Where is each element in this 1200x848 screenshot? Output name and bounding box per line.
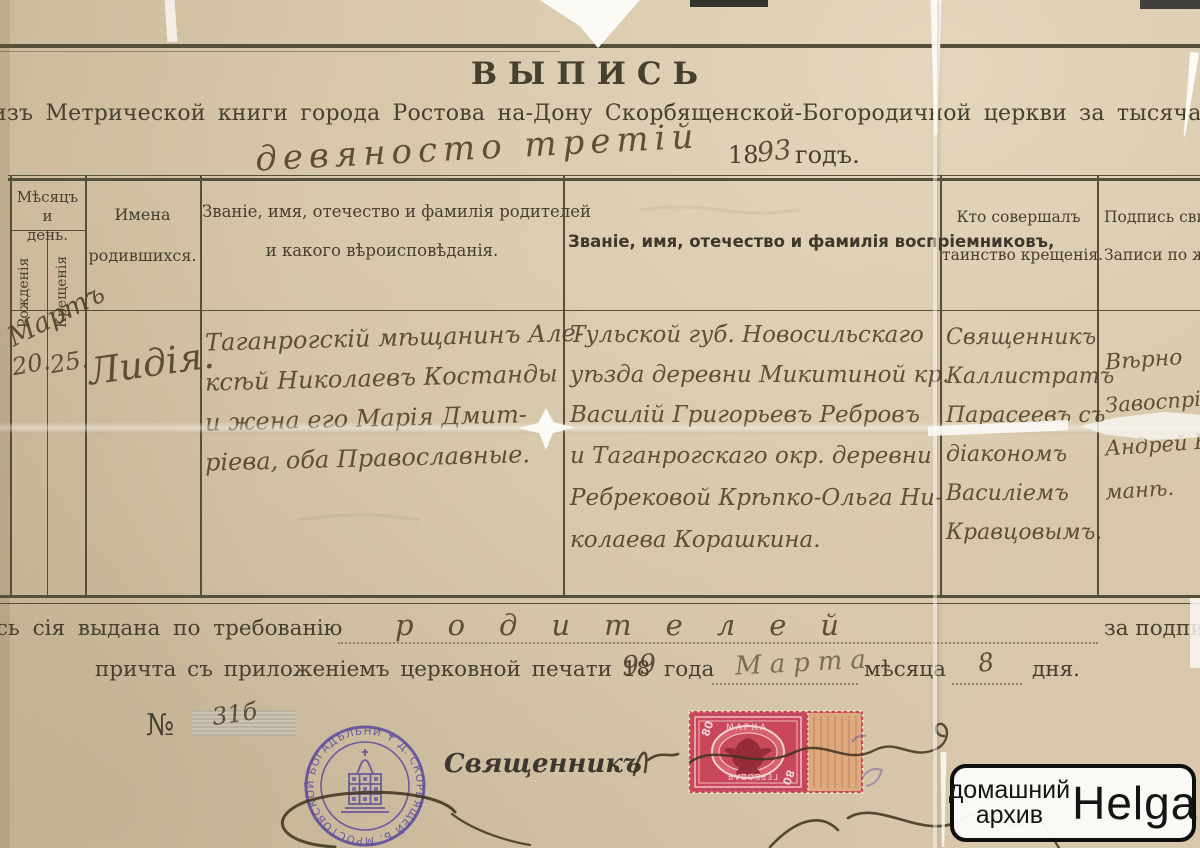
row-priest-line: Кравцовымъ. (946, 513, 1096, 552)
row-godparents-line: и Таганрогскаго окр. деревни (570, 435, 938, 477)
seal-line: причта съ приложеніемъ церковной печати … (95, 657, 650, 682)
metric-book-extract-document: ВЫПИСЬ изъ Метрической книги города Рост… (0, 0, 1200, 848)
seal-dnya: дня. (1032, 657, 1080, 682)
table-header-bottom (10, 310, 1200, 311)
row-priest: Священникъ Каллистратъ Парасеевъ съ діак… (946, 318, 1096, 552)
left-page-edge-shade (0, 0, 10, 848)
row-born-day: 20. (10, 347, 52, 381)
col-names-header-line1: Имена (85, 205, 200, 224)
stamp-gerb-text: ГЕРБОВАЯ (727, 772, 778, 781)
paper-tear-top-center (540, 0, 640, 48)
dotted-line-month (712, 683, 858, 685)
row-witness-line: Вѣрно (1104, 334, 1200, 385)
dotted-line (338, 642, 1098, 644)
dotted-line-day (952, 683, 1022, 685)
col-parents-header-line1: Званіе, имя, отечество и фамилія родител… (202, 202, 562, 221)
row-godparents-line: колаева Корашкина. (570, 519, 938, 561)
col-priest-header-line2: таинство крещенія. (942, 246, 1095, 264)
year-print-prefix: 18 (728, 141, 759, 169)
issued-suffix: за подпис (1104, 616, 1200, 641)
paper-tear-topleft (165, 0, 178, 42)
revenue-stamp: МАРКА ГЕРБОВАЯ 80 80 (688, 710, 864, 794)
seal-goda: года (664, 657, 714, 682)
row-godparents-line: уѣзда деревни Микитиной кр. (570, 355, 938, 395)
col-month-header-line1: Мѣсяцъ и (10, 188, 85, 226)
row-witness-line: манѣ. (1104, 462, 1200, 515)
row-godparents-line: Ребрековой Крѣпко-Ольга Ни- (570, 477, 938, 519)
row-priest-line: Василіемъ (946, 474, 1096, 513)
number-label: № (146, 708, 174, 743)
watermark-line1: домашний (949, 778, 1070, 803)
row-parents: Таганрогскій мѣщанинъ Але- ксѣй Николаев… (205, 318, 561, 478)
table-top-thick (8, 178, 1200, 181)
row-priest-line: Священникъ (946, 318, 1096, 357)
row-godparents: Тульской губ. Новосильскаго уѣзда деревн… (570, 315, 938, 561)
document-title: ВЫПИСЬ (400, 56, 780, 92)
table-top-thin (8, 175, 1200, 176)
col-parents-header-line2: и какого вѣроисповѣданія. (202, 241, 562, 260)
col-names-header-line2: родившихся. (85, 246, 200, 265)
table-border-sub (47, 231, 48, 598)
issued-handwritten: родителей (395, 608, 873, 642)
year-digits-handwritten: 93 (755, 134, 792, 168)
seal-year-handwritten: 99 (621, 649, 658, 683)
table-bottom-thin (0, 603, 1200, 604)
paper-edge-dark-topright (1140, 0, 1200, 9)
paper-gap-top (690, 0, 768, 7)
year-suffix: годъ. (795, 141, 860, 169)
row-baptized-day: 25. (48, 345, 90, 379)
col-signature-header-line1: Подпись свидѣ (1104, 208, 1200, 226)
col-signature-header-line2: Записи по же. (1104, 246, 1200, 264)
row-parents-line: ріева, оба Православные. (205, 433, 562, 482)
row-priest-line: Каллистратъ (946, 357, 1096, 396)
priest-label: Священникъ (444, 749, 642, 779)
seal-month-handwritten: Марта (734, 644, 874, 681)
watermark-brand: Helga (1072, 776, 1197, 830)
col-priest-header-line1: Кто совершалъ (942, 208, 1095, 226)
table-bottom-thick (0, 595, 1200, 598)
issued-prefix: сь сія выдана по требованію (0, 616, 342, 641)
seal-day-handwritten: 8 (976, 647, 996, 678)
watermark-line2: архив (949, 803, 1070, 828)
tear-right-edge (1190, 598, 1200, 668)
archive-watermark: домашний архив Helga (950, 764, 1196, 842)
stamp-marka-text: МАРКА (726, 723, 768, 733)
row-priest-line: діакономъ (946, 435, 1096, 474)
col-godparents-header: Званіе, имя, отечество и фамилія воспріе… (568, 232, 936, 251)
church-seal-stamp: РОСТОВСКОЙ БОГАДѢЛЬНИ ✝ Д. СКОРБЯЩЕЙ Б. … (287, 722, 443, 848)
row-godparents-line: Тульской губ. Новосильскаго (570, 315, 938, 355)
row-name: Лидія. (86, 333, 217, 393)
top-rule-thin (0, 51, 560, 52)
table-border-3 (563, 176, 565, 598)
